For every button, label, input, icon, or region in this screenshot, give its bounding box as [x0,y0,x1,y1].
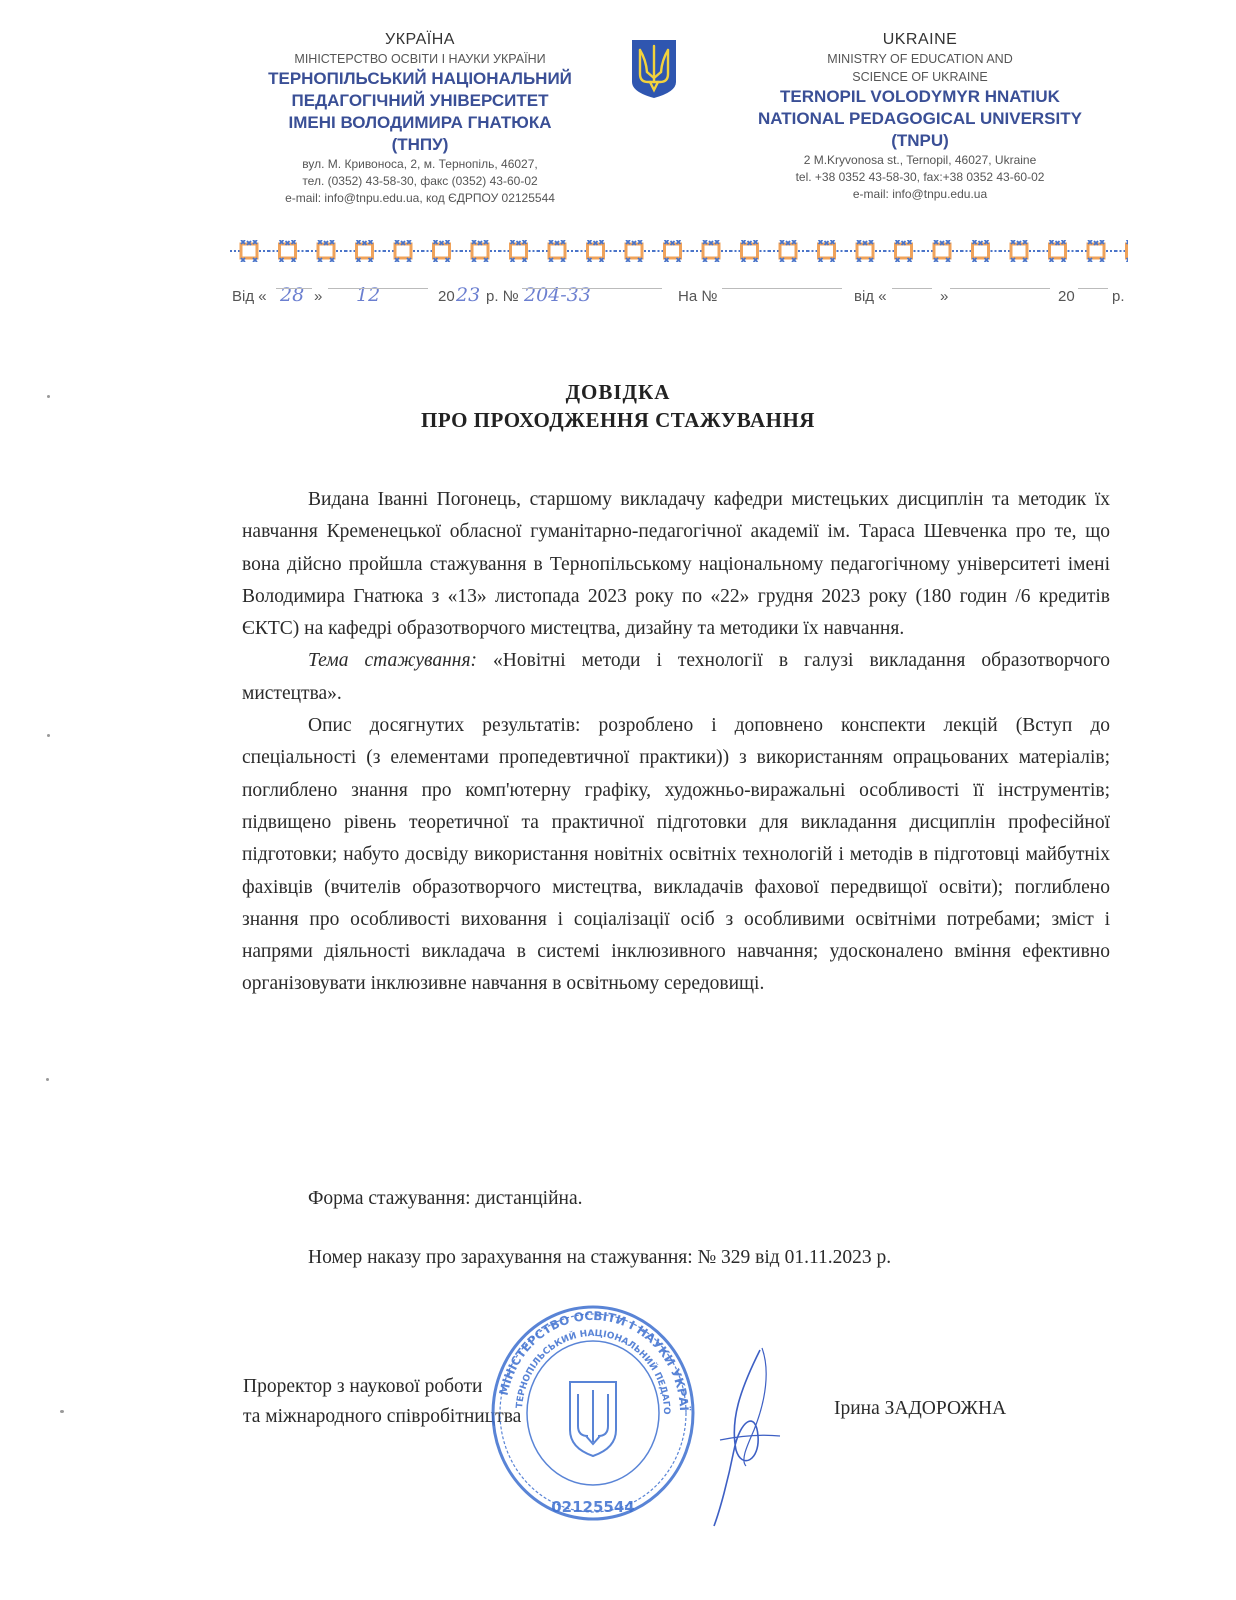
date-day-close: » [314,288,322,305]
document-subtitle: ПРО ПРОХОДЖЕННЯ СТАЖУВАННЯ [0,408,1236,433]
year-suffix: 23 [456,284,480,306]
university-name-ua-1: ТЕРНОПІЛЬСЬКИЙ НАЦІОНАЛЬНИЙ [232,68,608,90]
phone-en: tel. +38 0352 43-58-30, fax:+38 0352 43-… [722,169,1118,186]
year-prefix: 20 [438,288,455,305]
handwritten-signature [700,1340,810,1530]
university-name-en-1: TERNOPIL VOLODYMYR HNATIUK [722,86,1118,108]
enrollment-order: Номер наказу про зарахування на стажуван… [308,1247,891,1269]
scan-speck [60,1410,64,1413]
university-abbr-en: (TNPU) [722,130,1118,152]
document-title: ДОВІДКА [0,380,1236,405]
results-paragraph: Опис досягнутих результатів: розроблено … [242,710,1110,1001]
university-abbr-ua: (ТНПУ) [232,134,608,156]
reference-line: Від « 28 » 12 20 23 р. № 204-33 На № від… [232,284,1132,314]
university-name-ua-2: ПЕДАГОГІЧНИЙ УНІВЕРСИТЕТ [232,90,608,112]
phone-ua: тел. (0352) 43-58-30, факс (0352) 43-60-… [232,173,608,190]
email-en: e-mail: info@tnpu.edu.ua [722,186,1118,203]
svg-text:02125544: 02125544 [551,1498,635,1516]
university-name-ua-3: ІМЕНІ ВОЛОДИМИРА ГНАТЮКА [232,112,608,134]
year-number-label: р. № [486,288,519,305]
letterhead-english: UKRAINE MINISTRY OF EDUCATION AND SCIENC… [722,30,1118,203]
ministry-en-1: MINISTRY OF EDUCATION AND [722,50,1118,68]
incoming-number-label: На № [678,288,717,305]
ministry-en-2: SCIENCE OF UKRAINE [722,68,1118,86]
topic-label: Тема стажування: [308,650,477,671]
ministry-ua: МІНІСТЕРСТВО ОСВІТИ І НАУКИ УКРАЇНИ [232,50,608,68]
email-ua: e-mail: info@tnpu.edu.ua, код ЄДРПОУ 021… [232,190,608,207]
signatory-position: Проректор з наукової роботи та міжнародн… [243,1372,521,1432]
signatory-position-line1: Проректор з наукової роботи [243,1372,521,1402]
incoming-year-prefix: 20 [1058,288,1075,305]
embroidery-ornament-divider [230,240,1128,262]
incoming-year-suffix: р. [1112,288,1125,305]
country-en: UKRAINE [722,30,1118,50]
from-label: Від « [232,288,267,305]
incoming-from-close: » [940,288,948,305]
document-page: УКРАЇНА МІНІСТЕРСТВО ОСВІТИ І НАУКИ УКРА… [0,0,1236,1600]
scan-speck [47,734,50,737]
signatory-name: Ірина ЗАДОРОЖНА [834,1398,1006,1420]
incoming-from-label: від « [854,288,887,305]
scan-speck [46,1078,49,1081]
internship-form: Форма стажування: дистанційна. [308,1188,583,1210]
signatory-position-line2: та міжнародного співробітництва [243,1402,521,1432]
topic-paragraph: Тема стажування: «Новітні методи і техно… [242,645,1110,710]
trident-coat-of-arms-icon [630,38,678,100]
scan-speck [47,395,50,398]
issued-to-paragraph: Видана Іванні Погонець, старшому виклада… [242,484,1110,645]
address-en: 2 M.Kryvonosa st., Ternopil, 46027, Ukra… [722,152,1118,169]
certificate-body: Видана Іванні Погонець, старшому виклада… [242,484,1110,1001]
letterhead-ukrainian: УКРАЇНА МІНІСТЕРСТВО ОСВІТИ І НАУКИ УКРА… [232,30,608,207]
address-ua: вул. М. Кривоноса, 2, м. Тернопіль, 4602… [232,156,608,173]
official-seal-stamp-icon: МІНІСТЕРСТВО ОСВІТИ І НАУКИ УКРАЇНИ ТЕРН… [482,1302,704,1524]
university-name-en-2: NATIONAL PEDAGOGICAL UNIVERSITY [722,108,1118,130]
country-ua: УКРАЇНА [232,30,608,50]
